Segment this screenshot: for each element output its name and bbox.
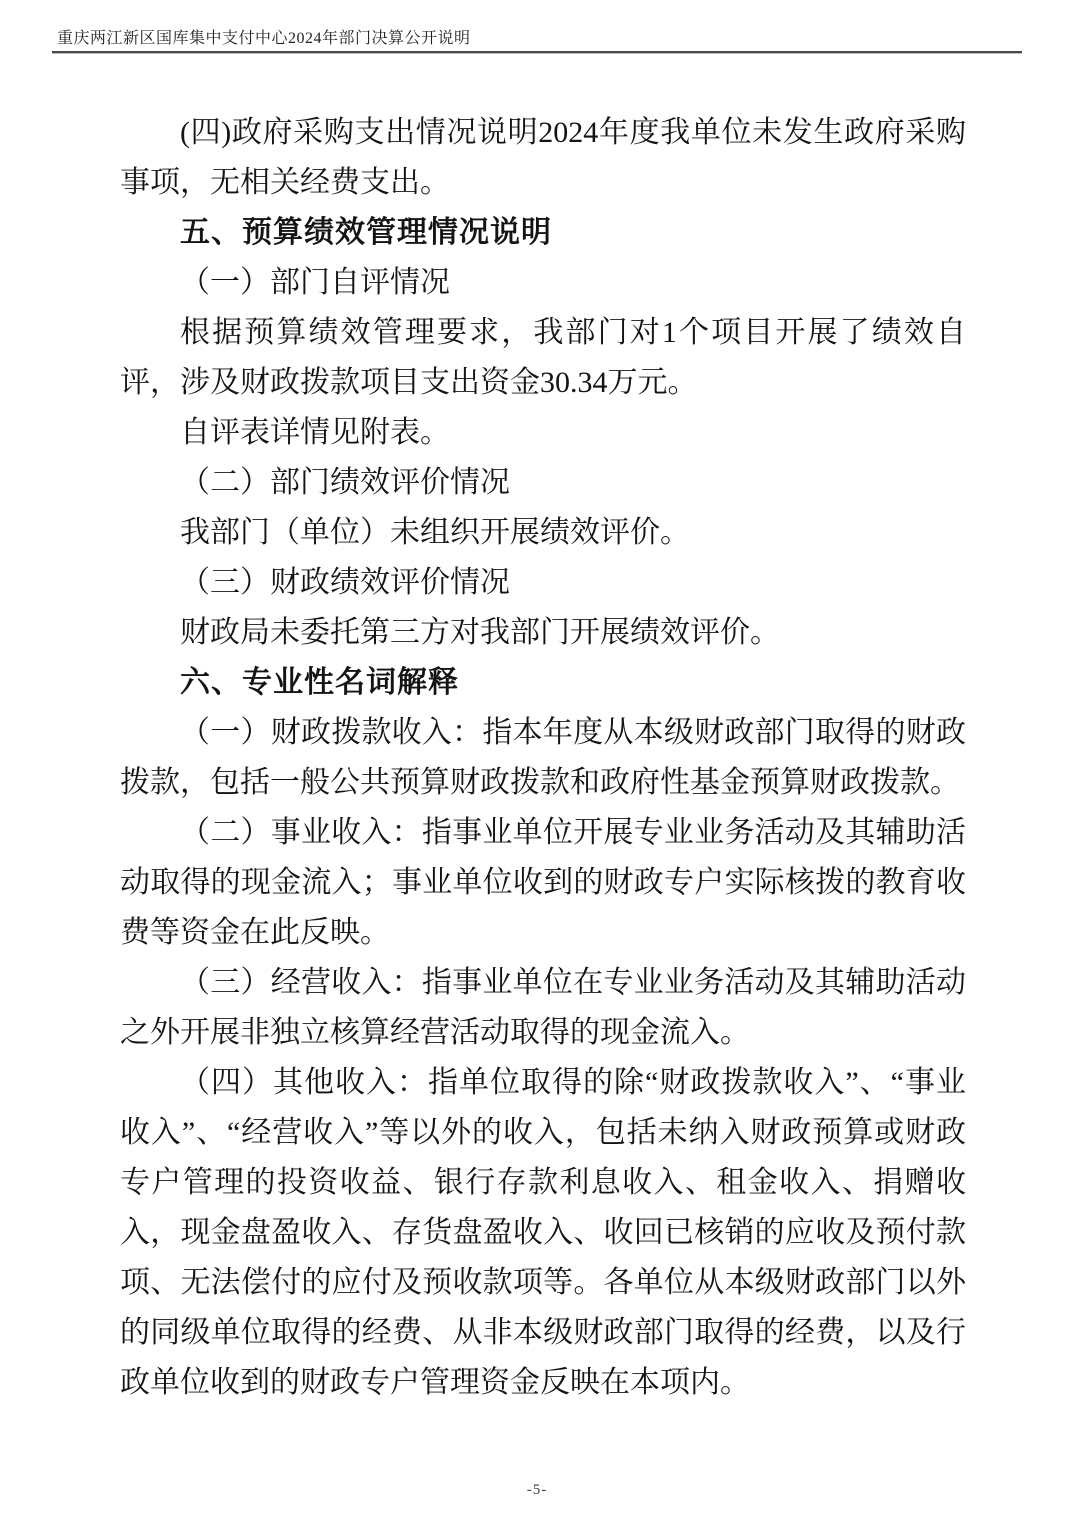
section-heading: 五、预算绩效管理情况说明 [120,208,966,258]
paragraph: （四）其他收入：指单位取得的除“财政拨款收入”、“事业收入”、“经营收入”等以外… [120,1058,966,1408]
paragraph: （二）部门绩效评价情况 [120,458,966,508]
paragraph: （三）经营收入：指事业单位在专业业务活动及其辅助活动之外开展非独立核算经营活动取… [120,958,966,1058]
section-heading: 六、专业性名词解释 [120,658,966,708]
header-rule [52,51,1022,54]
paragraph: （一）部门自评情况 [120,258,966,308]
paragraph: (四)政府采购支出情况说明2024年度我单位未发生政府采购事项，无相关经费支出。 [120,108,966,208]
paragraph: 自评表详情见附表。 [120,408,966,458]
document-body: (四)政府采购支出情况说明2024年度我单位未发生政府采购事项，无相关经费支出。… [120,108,966,1408]
document-page: 重庆两江新区国库集中支付中心2024年部门决算公开说明 (四)政府采购支出情况说… [0,0,1074,1520]
paragraph: 根据预算绩效管理要求，我部门对1个项目开展了绩效自评，涉及财政拨款项目支出资金3… [120,308,966,408]
paragraph: （一）财政拨款收入：指本年度从本级财政部门取得的财政拨款，包括一般公共预算财政拨… [120,708,966,808]
header-title: 重庆两江新区国库集中支付中心2024年部门决算公开说明 [57,29,471,49]
paragraph: 财政局未委托第三方对我部门开展绩效评价。 [120,608,966,658]
paragraph: 我部门（单位）未组织开展绩效评价。 [120,508,966,558]
paragraph: （三）财政绩效评价情况 [120,558,966,608]
paragraph: （二）事业收入：指事业单位开展专业业务活动及其辅助活动取得的现金流入；事业单位收… [120,808,966,958]
page-number: -5- [0,1482,1074,1499]
